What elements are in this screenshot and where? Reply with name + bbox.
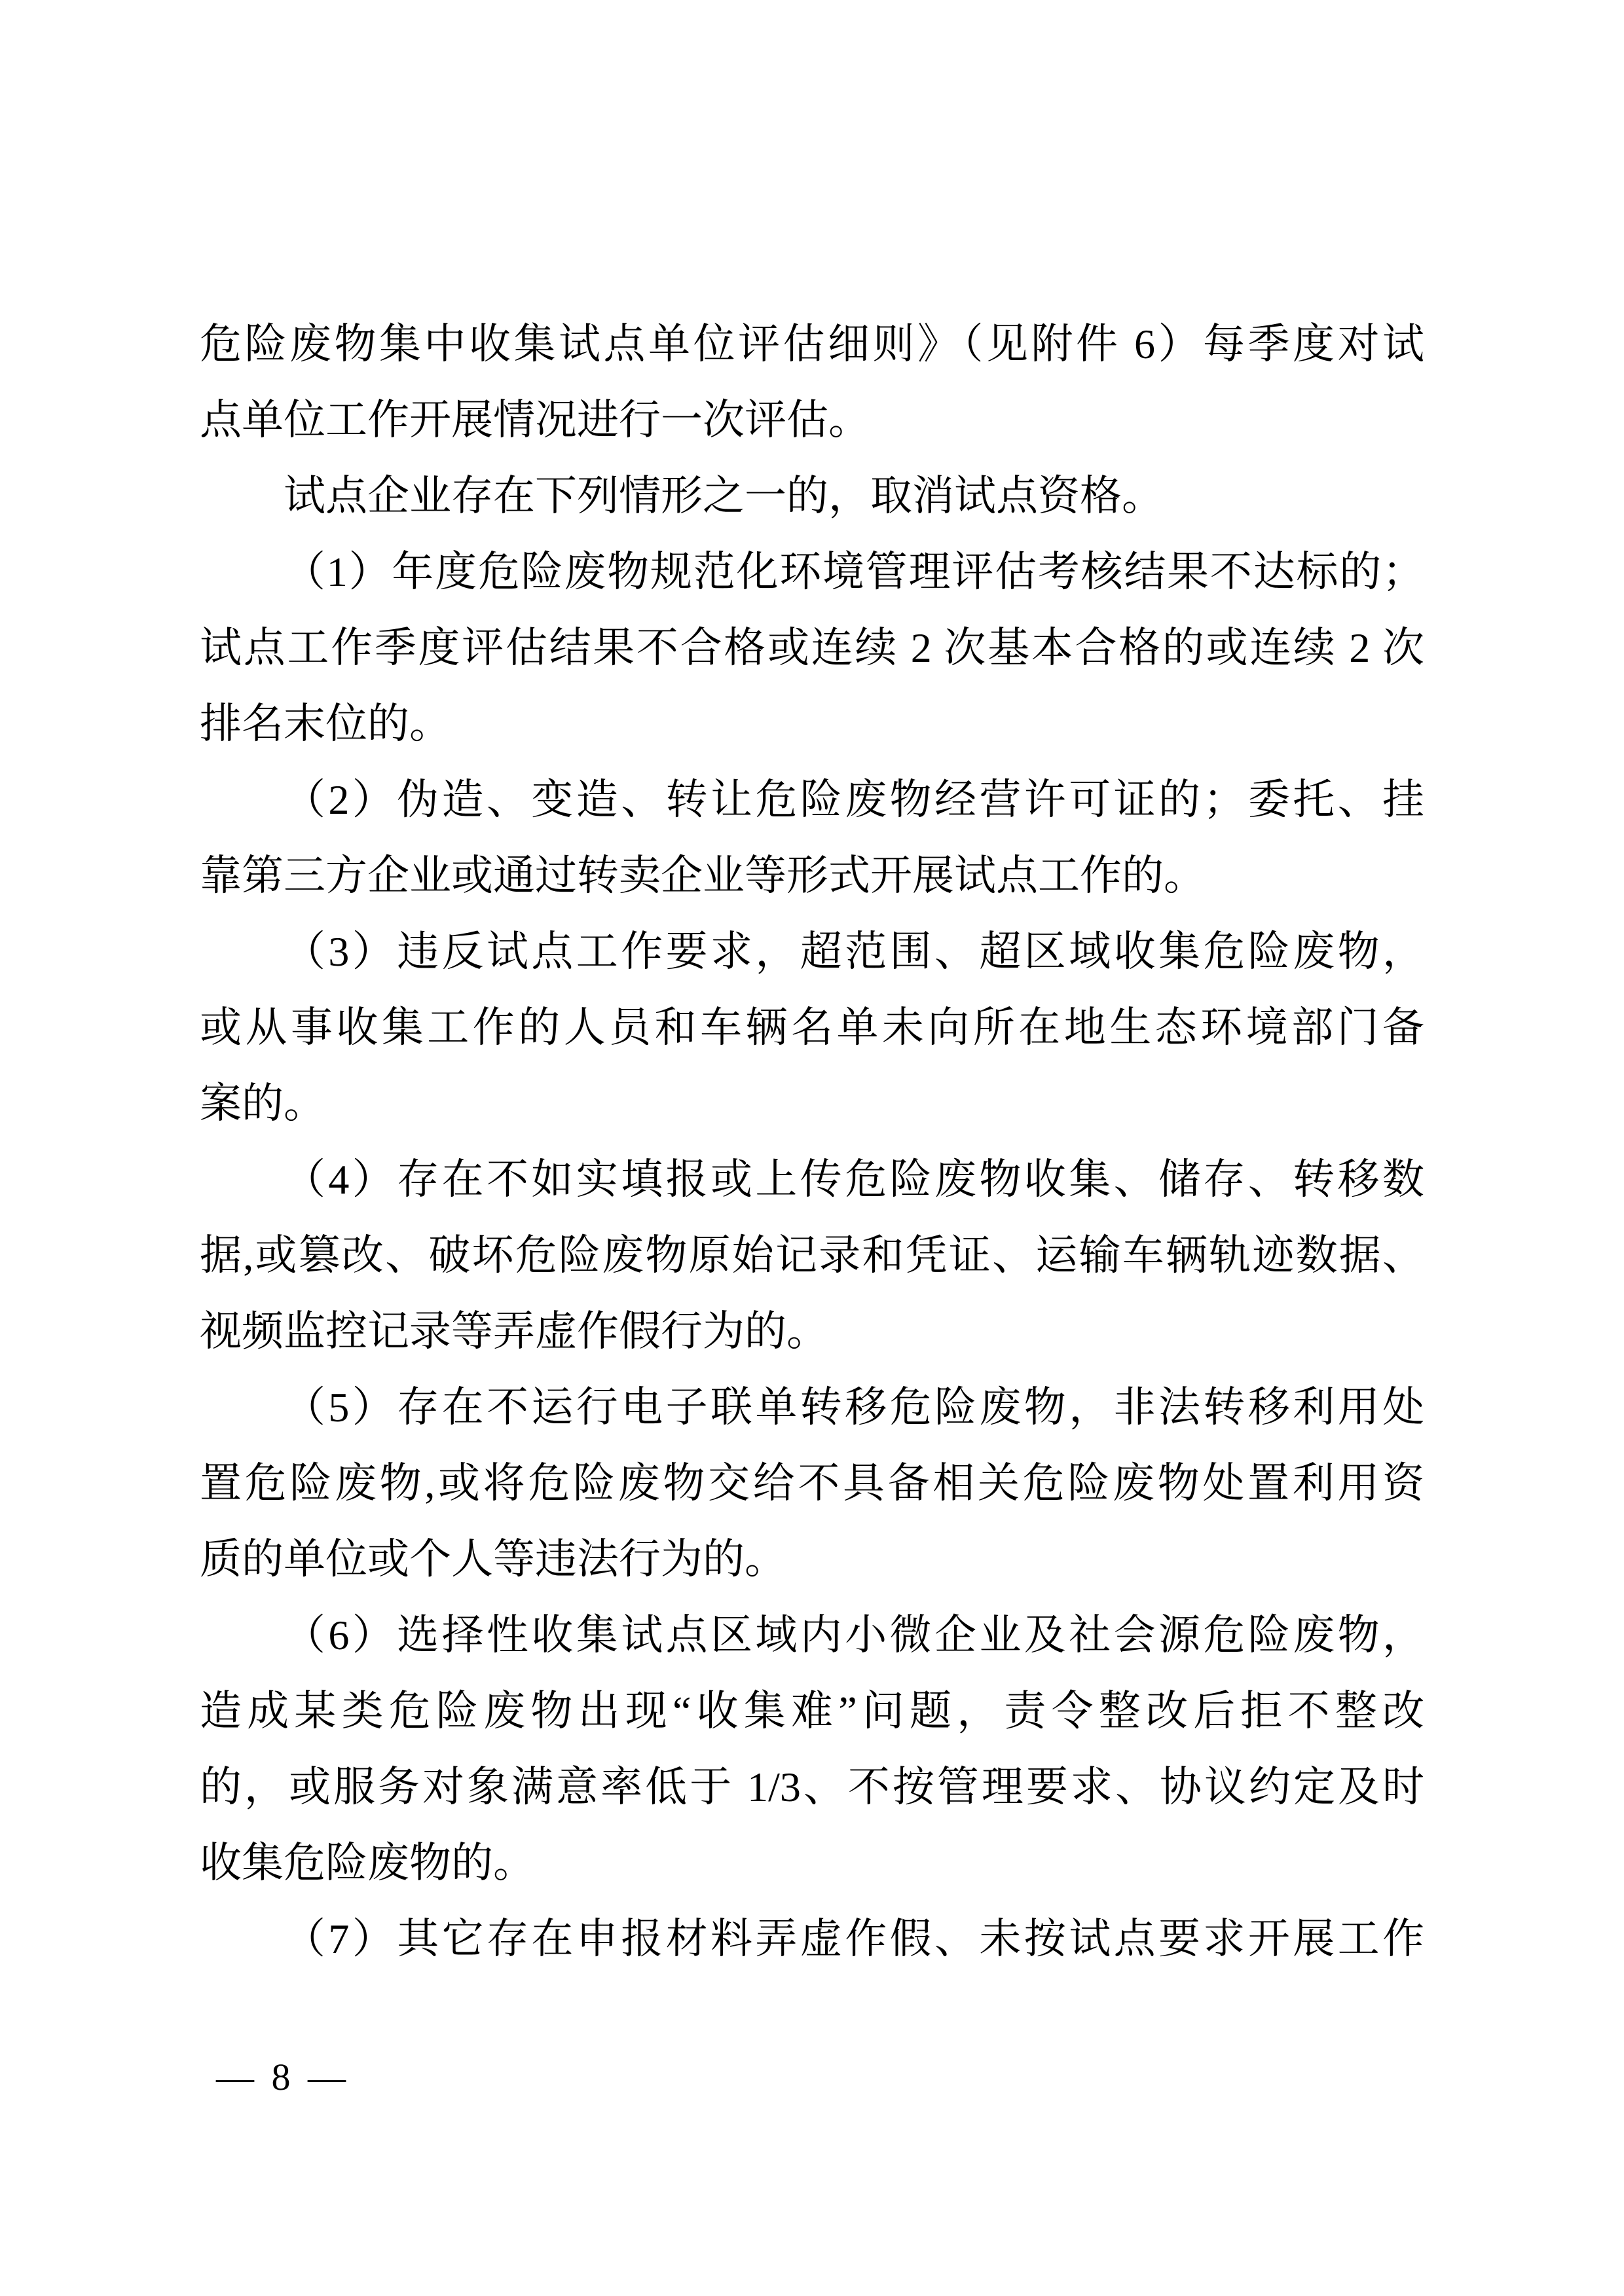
text-line: （1）年度危险废物规范化环境管理评估考核结果不达标的； [200,534,1424,610]
text-line: 点单位工作开展情况进行一次评估。 [200,382,1424,458]
text-line: （7）其它存在申报材料弄虚作假、未按试点要求开展工作 [200,1901,1424,1977]
document-body: 危险废物集中收集试点单位评估细则》（见附件 6）每季度对试 点单位工作开展情况进… [200,306,1424,1977]
text-line: 造成某类危险废物出现“收集难”问题，责令整改后拒不整改 [200,1673,1424,1749]
text-line: 据,或篡改、破坏危险废物原始记录和凭证、运输车辆轨迹数据、 [200,1218,1424,1294]
text-line: （6）选择性收集试点区域内小微企业及社会源危险废物， [200,1597,1424,1673]
text-line: 或从事收集工作的人员和车辆名单未向所在地生态环境部门备 [200,990,1424,1066]
text-line: （5）存在不运行电子联单转移危险废物，非法转移利用处 [200,1370,1424,1446]
text-line: 排名末位的。 [200,686,1424,762]
text-line: （4）存在不如实填报或上传危险废物收集、储存、转移数 [200,1142,1424,1218]
text-line: 危险废物集中收集试点单位评估细则》（见附件 6）每季度对试 [200,306,1424,382]
page-number: — 8 — [216,2054,350,2100]
text-line: 质的单位或个人等违法行为的。 [200,1522,1424,1597]
text-line: 收集危险废物的。 [200,1825,1424,1901]
text-line: 置危险废物,或将危险废物交给不具备相关危险废物处置利用资 [200,1446,1424,1522]
text-line: （3）违反试点工作要求，超范围、超区域收集危险废物， [200,914,1424,990]
text-line: 靠第三方企业或通过转卖企业等形式开展试点工作的。 [200,838,1424,914]
text-line: 试点企业存在下列情形之一的，取消试点资格。 [200,458,1424,534]
text-line: 视频监控记录等弄虚作假行为的。 [200,1294,1424,1370]
document-page: 危险废物集中收集试点单位评估细则》（见附件 6）每季度对试 点单位工作开展情况进… [0,0,1624,2296]
text-line: 的，或服务对象满意率低于 1/3、不按管理要求、协议约定及时 [200,1749,1424,1825]
text-line: 试点工作季度评估结果不合格或连续 2 次基本合格的或连续 2 次 [200,610,1424,686]
text-line: （2）伪造、变造、转让危险废物经营许可证的；委托、挂 [200,762,1424,838]
text-line: 案的。 [200,1066,1424,1142]
